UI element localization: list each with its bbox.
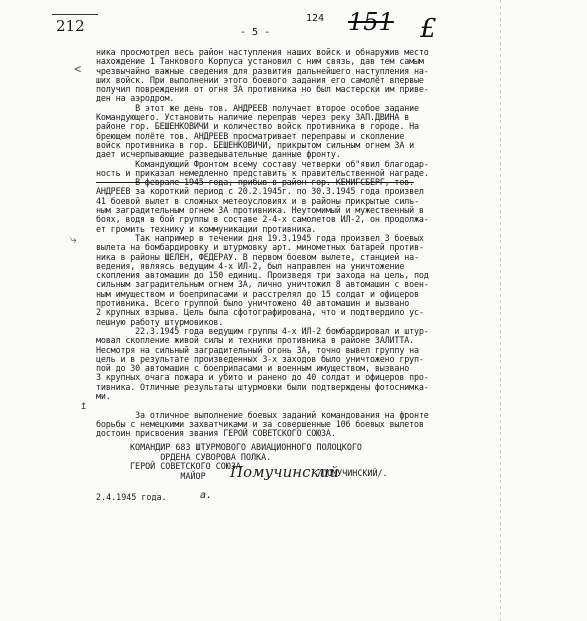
text-line: ми. xyxy=(96,392,500,401)
page-number: - 5 - xyxy=(240,27,270,38)
margin-arrow-icon: ⤷ xyxy=(70,232,77,247)
document-body: ника просмотрел весь район наступления н… xyxy=(96,48,500,438)
archive-number: 212 xyxy=(56,17,85,35)
page-edge xyxy=(500,0,501,621)
margin-arrow-icon: ↥ xyxy=(80,398,87,412)
margin-bracket-icon: < xyxy=(74,62,81,76)
document-page: 212 - 5 - 124 151 £ < ⤷ ↥ ника просмотре… xyxy=(0,0,587,621)
top-rule xyxy=(52,14,98,15)
handwritten-mark: £ xyxy=(420,14,437,44)
handwritten-number: 151 xyxy=(348,8,394,36)
document-date: 2.4.1945 года. xyxy=(96,492,167,502)
handwritten-initial: а. xyxy=(200,490,212,501)
folio-number: 124 xyxy=(306,13,324,24)
text-line: достоин присвоения звания ГЕРОЙ СОВЕТСКО… xyxy=(96,429,500,438)
signatory-name: /ПОМУЧИНСКИЙ/. xyxy=(317,468,388,478)
text-line: тивника. Отличные результаты штурмовки б… xyxy=(96,383,500,392)
